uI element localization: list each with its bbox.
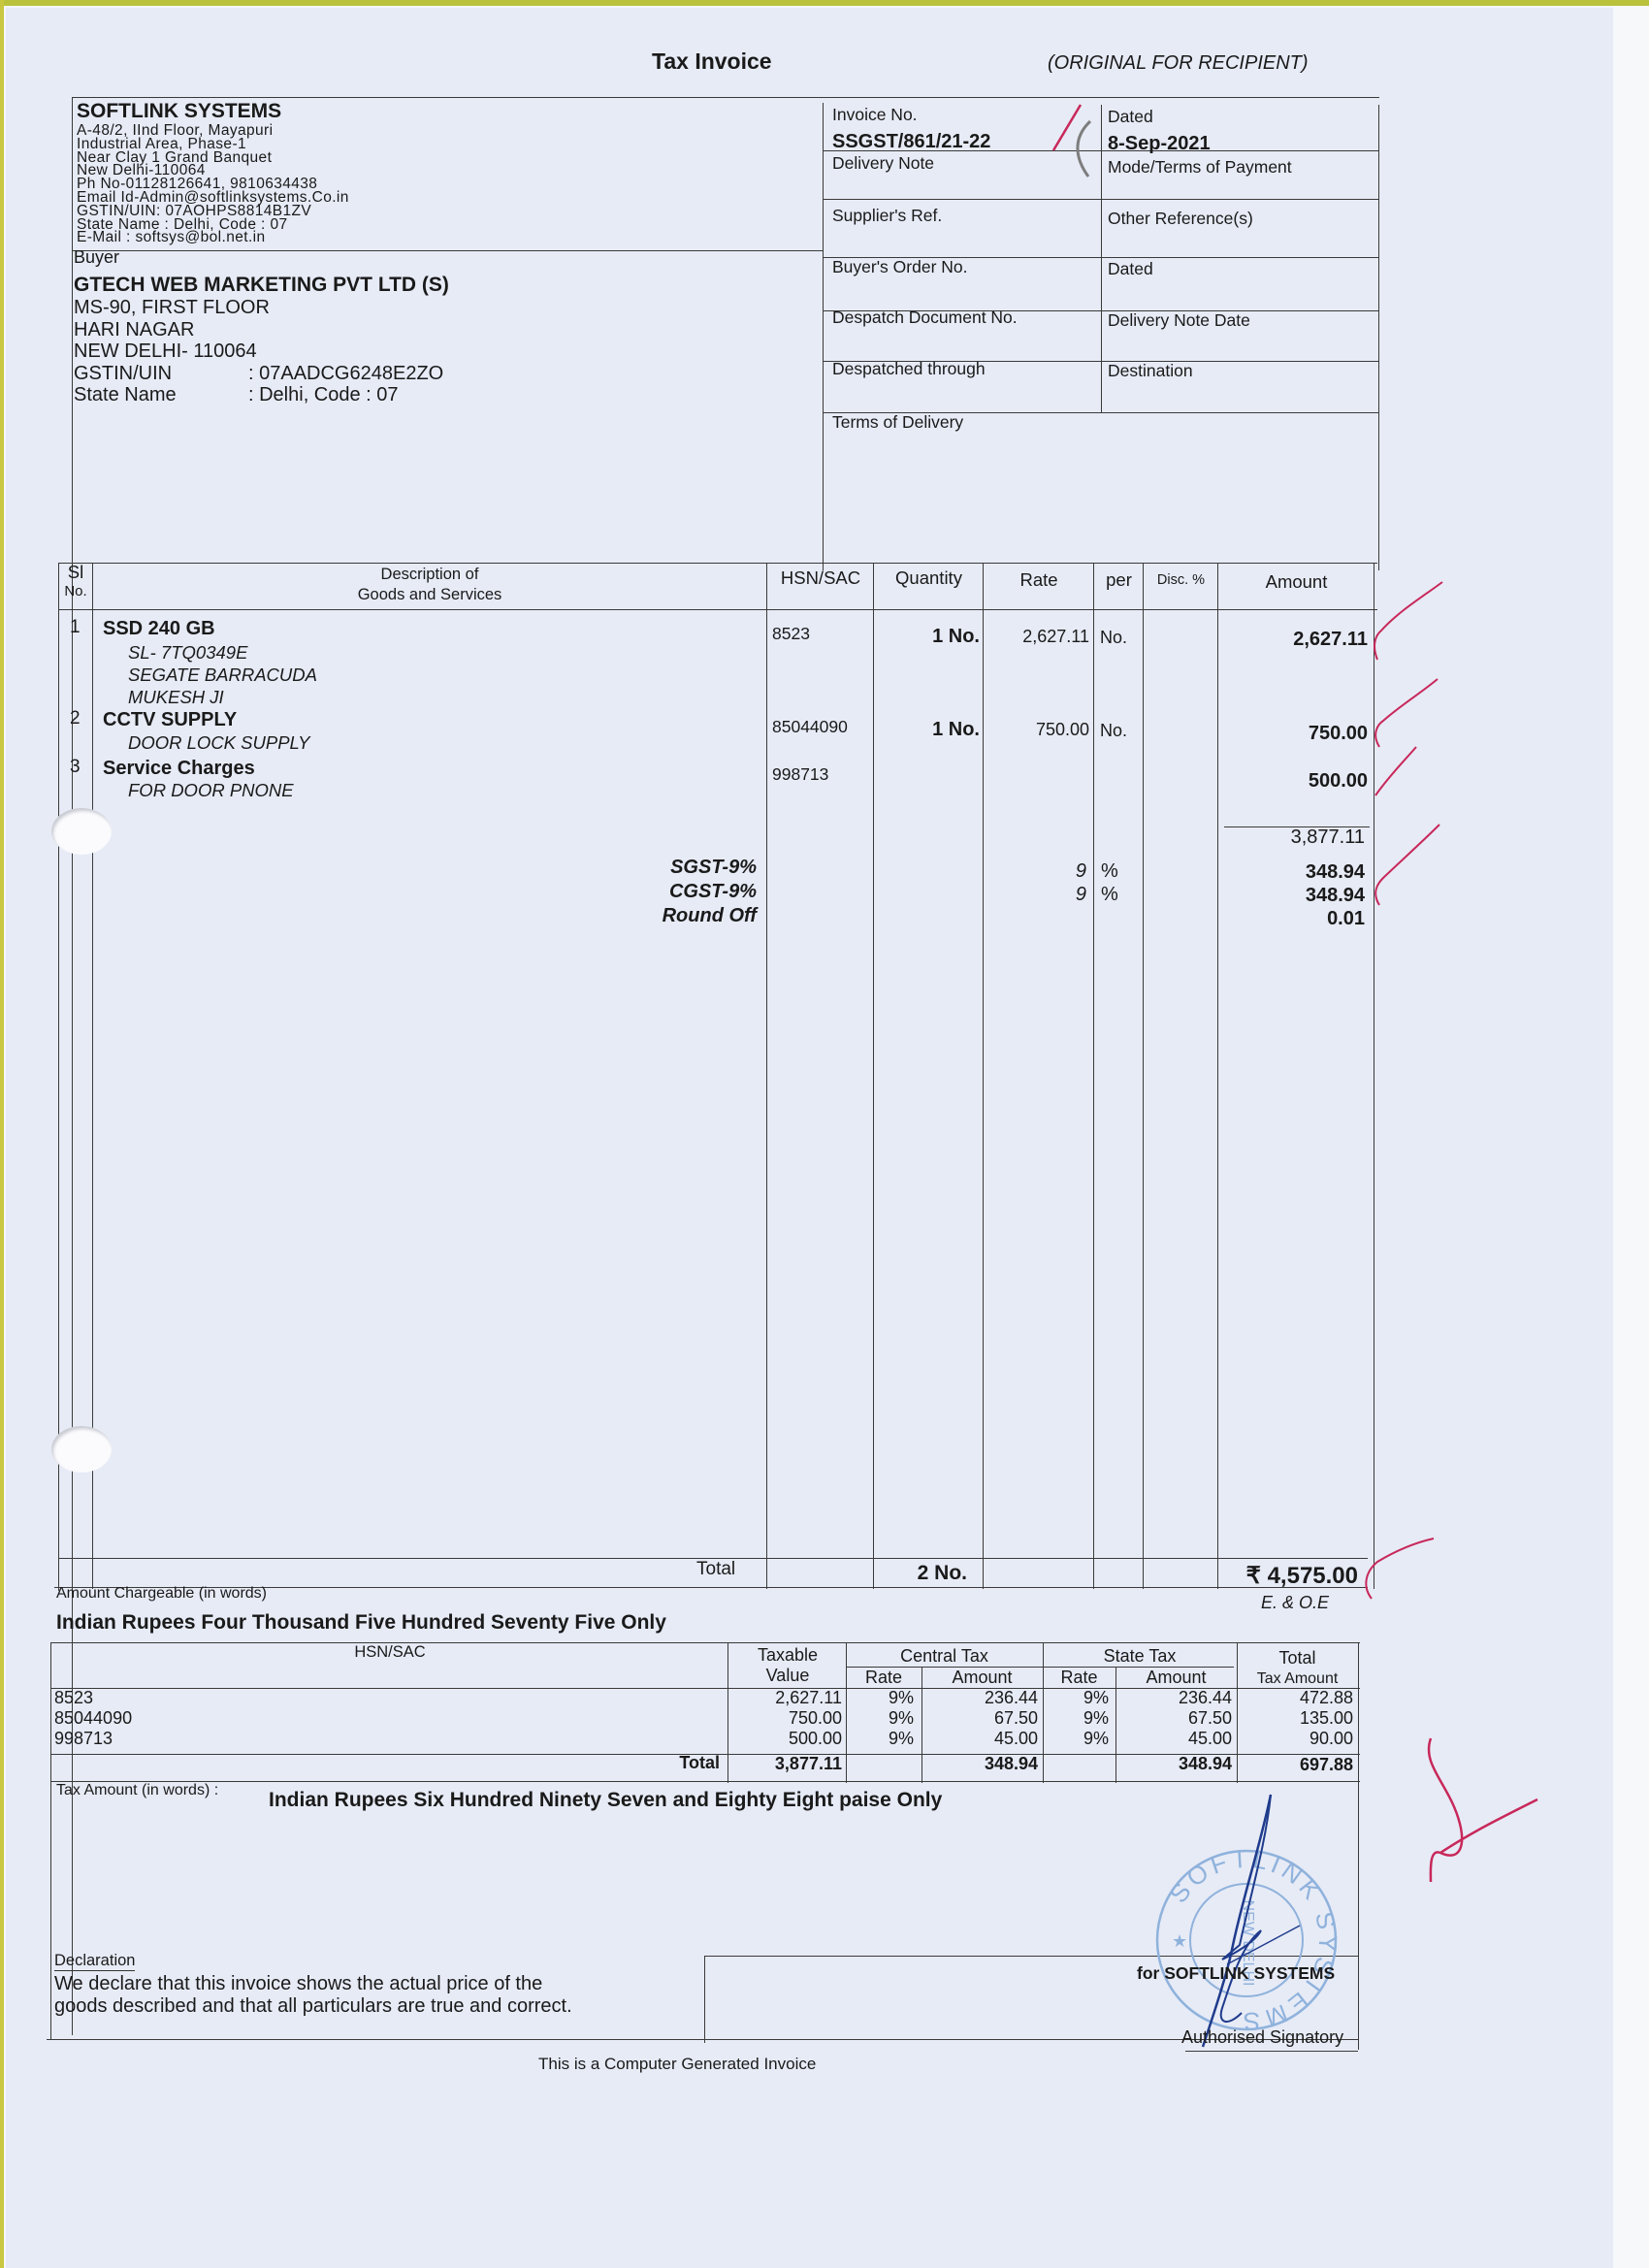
destination-label: Destination	[1108, 361, 1193, 381]
item-amount: 750.00	[1219, 723, 1368, 745]
approval-mark-icon	[1421, 1727, 1547, 1901]
divider	[823, 199, 1378, 200]
buyer-address-line: HARI NAGAR	[74, 319, 443, 341]
divider	[873, 563, 874, 1589]
tax-words-label: Tax Amount (in words) :	[56, 1782, 218, 1799]
tax-cell-taxable: 500.00	[729, 1729, 842, 1749]
punch-hole	[51, 808, 112, 855]
item-sl: 1	[70, 617, 81, 638]
declaration-line: We declare that this invoice shows the a…	[54, 1973, 572, 1995]
buyer-order-label: Buyer's Order No.	[832, 257, 968, 277]
buyer-label: Buyer	[74, 247, 119, 268]
item-sl: 3	[70, 757, 81, 778]
buyer-gstin-label: GSTIN/UIN	[74, 363, 248, 385]
divider	[704, 1956, 705, 2043]
total-quantity: 2 No.	[875, 1562, 967, 1585]
tax-amounts: 348.94 348.94 0.01	[1219, 860, 1365, 930]
seller-email-2: E-Mail : softsys@bol.net.in	[77, 231, 349, 244]
tax-col-hsn: HSN/SAC	[50, 1643, 729, 1662]
eoe-label: E. & O.E	[1261, 1593, 1329, 1613]
tax-total-state: 348.94	[1115, 1754, 1232, 1774]
tax-cell-hsn: 998713	[54, 1729, 345, 1749]
col-per: per	[1095, 569, 1143, 591]
tax-total-taxable: 3,877.11	[729, 1754, 842, 1774]
check-mark-icon	[1358, 1533, 1436, 1601]
tax-per-sgst: %	[1101, 859, 1118, 883]
tax-cell-s-rate: 9%	[1043, 1729, 1109, 1749]
divider	[58, 563, 1377, 564]
tax-col-state-amount: Amount	[1115, 1668, 1237, 1688]
check-mark-icon	[1370, 820, 1447, 907]
seller-name: SOFTLINK SYSTEMS	[77, 100, 281, 123]
divider	[1143, 563, 1144, 1589]
buyer-order-dated-label: Dated	[1108, 259, 1153, 279]
item-sl: 2	[70, 708, 81, 729]
tax-col-central-rate: Rate	[846, 1668, 921, 1688]
buyer-name: GTECH WEB MARKETING PVT LTD (S)	[74, 274, 449, 297]
tax-cell-total: 90.00	[1237, 1729, 1353, 1749]
tax-label-roundoff: Round Off	[543, 904, 757, 928]
tax-cell-c-amount: 236.44	[921, 1688, 1038, 1708]
tax-rates: 9 9	[1028, 859, 1086, 906]
item-quantity: 1 No.	[875, 626, 980, 648]
amount-words-label: Amount Chargeable (in words)	[56, 1585, 267, 1603]
item-name: CCTV SUPPLY	[103, 709, 237, 731]
item-quantity: 1 No.	[875, 719, 980, 741]
divider	[72, 97, 1379, 98]
buyer-state-label: State Name	[74, 384, 248, 406]
col-description-line2: Goods and Services	[93, 585, 766, 605]
tax-cell-c-amount: 67.50	[921, 1708, 1038, 1729]
check-mark-icon	[1370, 577, 1447, 664]
dated-label: Dated	[1108, 107, 1153, 127]
scan-edge-top	[0, 0, 1649, 6]
item-hsn: 998713	[772, 764, 828, 785]
divider	[58, 609, 1377, 610]
item-per: No.	[1100, 628, 1127, 648]
buyer-address: MS-90, FIRST FLOOR HARI NAGAR NEW DELHI-…	[74, 297, 443, 406]
for-company: for SOFTLINK SYSTEMS	[1137, 1963, 1335, 1984]
invoice-date: 8-Sep-2021	[1108, 133, 1211, 155]
payment-terms-label: Mode/Terms of Payment	[1108, 157, 1292, 178]
buyer-gstin: : 07AADCG6248E2ZO	[248, 363, 443, 385]
copy-label: (ORIGINAL FOR RECIPIENT)	[1048, 52, 1309, 75]
tax-col-state-rate: Rate	[1043, 1668, 1115, 1688]
col-sl-no-line2: No.	[60, 582, 91, 601]
col-amount: Amount	[1219, 571, 1374, 593]
pencil-mark-icon	[1067, 116, 1096, 184]
item-amount: 500.00	[1219, 770, 1368, 793]
total-amount: ₹ 4,575.00	[1212, 1562, 1358, 1590]
tax-rate-cgst: 9	[1028, 883, 1086, 906]
col-description: Description of Goods and Services	[93, 565, 766, 605]
tax-cell-c-rate: 9%	[846, 1708, 914, 1729]
tax-label-sgst: SGST-9%	[543, 856, 757, 880]
item-detail-line: SEGATE BARRACUDA	[128, 664, 317, 686]
tax-cell-taxable: 2,627.11	[729, 1688, 842, 1708]
tax-per-cgst: %	[1101, 883, 1118, 906]
item-detail-line: FOR DOOR PNONE	[128, 780, 294, 801]
invoice-no-label: Invoice No.	[832, 105, 918, 125]
delivery-note-date-label: Delivery Note Date	[1108, 310, 1250, 331]
tax-col-state: State Tax	[1043, 1646, 1237, 1667]
buyer-state-row: State Name : Delhi, Code : 07	[74, 384, 443, 406]
declaration-label: Declaration	[54, 1952, 135, 1971]
authorised-signatory: Authorised Signatory	[1181, 2027, 1343, 2048]
punch-hole	[51, 1426, 112, 1473]
tax-cell-taxable: 750.00	[729, 1708, 842, 1729]
tax-amount-roundoff: 0.01	[1219, 907, 1365, 930]
tax-rate-sgst: 9	[1028, 859, 1086, 883]
tax-col-total-line1: Total	[1237, 1648, 1358, 1669]
col-quantity: Quantity	[875, 567, 983, 589]
terms-of-delivery-label: Terms of Delivery	[832, 412, 963, 433]
tax-col-taxable: Taxable Value	[729, 1645, 846, 1686]
tax-cell-hsn: 8523	[54, 1688, 345, 1708]
item-detail-line: SL- 7TQ0349E	[128, 641, 317, 664]
tax-col-central: Central Tax	[846, 1646, 1043, 1667]
divider	[1093, 563, 1094, 1589]
divider	[766, 563, 767, 1589]
document-title: Tax Invoice	[652, 49, 772, 75]
tax-cell-s-amount: 45.00	[1115, 1729, 1232, 1749]
divider	[72, 250, 823, 251]
other-ref-label: Other Reference(s)	[1108, 209, 1253, 229]
item-rate: 2,627.11	[985, 627, 1089, 647]
check-mark-icon	[1370, 742, 1428, 800]
divider	[983, 563, 984, 1589]
divider	[823, 103, 824, 570]
divider	[50, 1781, 1360, 1782]
item-details: DOOR LOCK SUPPLY	[128, 732, 309, 754]
check-mark-icon	[1370, 674, 1447, 752]
total-label: Total	[696, 1559, 735, 1580]
tax-cell-hsn: 85044090	[54, 1708, 345, 1729]
item-per: No.	[1100, 721, 1127, 741]
divider	[727, 1642, 728, 1783]
tax-in-words: Indian Rupees Six Hundred Ninety Seven a…	[269, 1789, 942, 1812]
item-rate: 750.00	[985, 720, 1089, 740]
tax-cell-s-rate: 9%	[1043, 1688, 1109, 1708]
buyer-address-line: MS-90, FIRST FLOOR	[74, 297, 443, 319]
tax-col-central-amount: Amount	[921, 1668, 1043, 1688]
divider	[1378, 105, 1379, 570]
invoice-no: SSGST/861/21-22	[832, 131, 990, 153]
signature-icon	[1174, 1785, 1309, 2057]
divider	[1358, 1642, 1359, 2050]
tax-cell-c-amount: 45.00	[921, 1729, 1038, 1749]
tax-col-taxable-line1: Taxable	[729, 1645, 846, 1666]
col-sl-no: Sl No.	[60, 563, 91, 601]
tax-col-total: Total Tax Amount	[1237, 1648, 1358, 1689]
supplier-ref-label: Supplier's Ref.	[832, 206, 942, 226]
col-sl-no-line1: Sl	[60, 563, 91, 582]
col-hsn: HSN/SAC	[768, 567, 873, 589]
item-name: Service Charges	[103, 758, 255, 780]
scan-edge-left	[0, 0, 4, 2268]
computer-generated-note: This is a Computer Generated Invoice	[538, 2055, 816, 2074]
delivery-note-label: Delivery Note	[832, 153, 934, 174]
tax-total-label: Total	[582, 1753, 720, 1773]
tax-cell-c-rate: 9%	[846, 1688, 914, 1708]
item-hsn: 85044090	[772, 717, 848, 737]
tax-cell-s-rate: 9%	[1043, 1708, 1109, 1729]
despatch-doc-label: Despatch Document No.	[832, 308, 1018, 328]
tax-amount-sgst: 348.94	[1219, 860, 1365, 884]
tax-total-central: 348.94	[921, 1754, 1038, 1774]
col-disc: Disc. %	[1145, 572, 1217, 588]
buyer-state: : Delhi, Code : 07	[248, 384, 399, 406]
tax-cell-total: 135.00	[1237, 1708, 1353, 1729]
divider	[50, 1642, 51, 2040]
tax-cell-c-rate: 9%	[846, 1729, 914, 1749]
tax-col-taxable-line2: Value	[729, 1666, 846, 1686]
buyer-address-line: NEW DELHI- 110064	[74, 340, 443, 363]
tax-per: % %	[1101, 859, 1118, 906]
scan-margin	[1613, 6, 1649, 2268]
tax-cell-s-amount: 67.50	[1115, 1708, 1232, 1729]
tax-label-cgst: CGST-9%	[543, 880, 757, 904]
col-rate: Rate	[985, 569, 1093, 591]
item-name: SSD 240 GB	[103, 618, 215, 640]
tax-total-overall: 697.88	[1237, 1755, 1353, 1775]
declaration-line: goods described and that all particulars…	[54, 1995, 572, 2018]
tax-labels: SGST-9% CGST-9% Round Off	[543, 856, 757, 928]
tax-cell-s-amount: 236.44	[1115, 1688, 1232, 1708]
tax-col-total-line2: Tax Amount	[1237, 1669, 1358, 1689]
item-hsn: 8523	[772, 624, 810, 644]
col-description-line1: Description of	[93, 565, 766, 585]
amount-in-words: Indian Rupees Four Thousand Five Hundred…	[56, 1611, 666, 1635]
divider	[1217, 563, 1218, 1589]
declaration-text: We declare that this invoice shows the a…	[54, 1973, 572, 2018]
item-detail-line: MUKESH JI	[128, 686, 317, 708]
buyer-gstin-row: GSTIN/UIN : 07AADCG6248E2ZO	[74, 363, 443, 385]
tax-cell-total: 472.88	[1237, 1688, 1353, 1708]
item-detail-line: DOOR LOCK SUPPLY	[128, 732, 309, 754]
item-amount: 2,627.11	[1219, 629, 1368, 651]
subtotal-amount: 3,877.11	[1219, 826, 1365, 849]
item-details: FOR DOOR PNONE	[128, 780, 294, 801]
item-details: SL- 7TQ0349E SEGATE BARRACUDA MUKESH JI	[128, 641, 317, 708]
tax-amount-cgst: 348.94	[1219, 884, 1365, 907]
despatched-through-label: Despatched through	[832, 359, 986, 379]
seller-address: A-48/2, IInd Floor, Mayapuri Industrial …	[77, 124, 349, 244]
